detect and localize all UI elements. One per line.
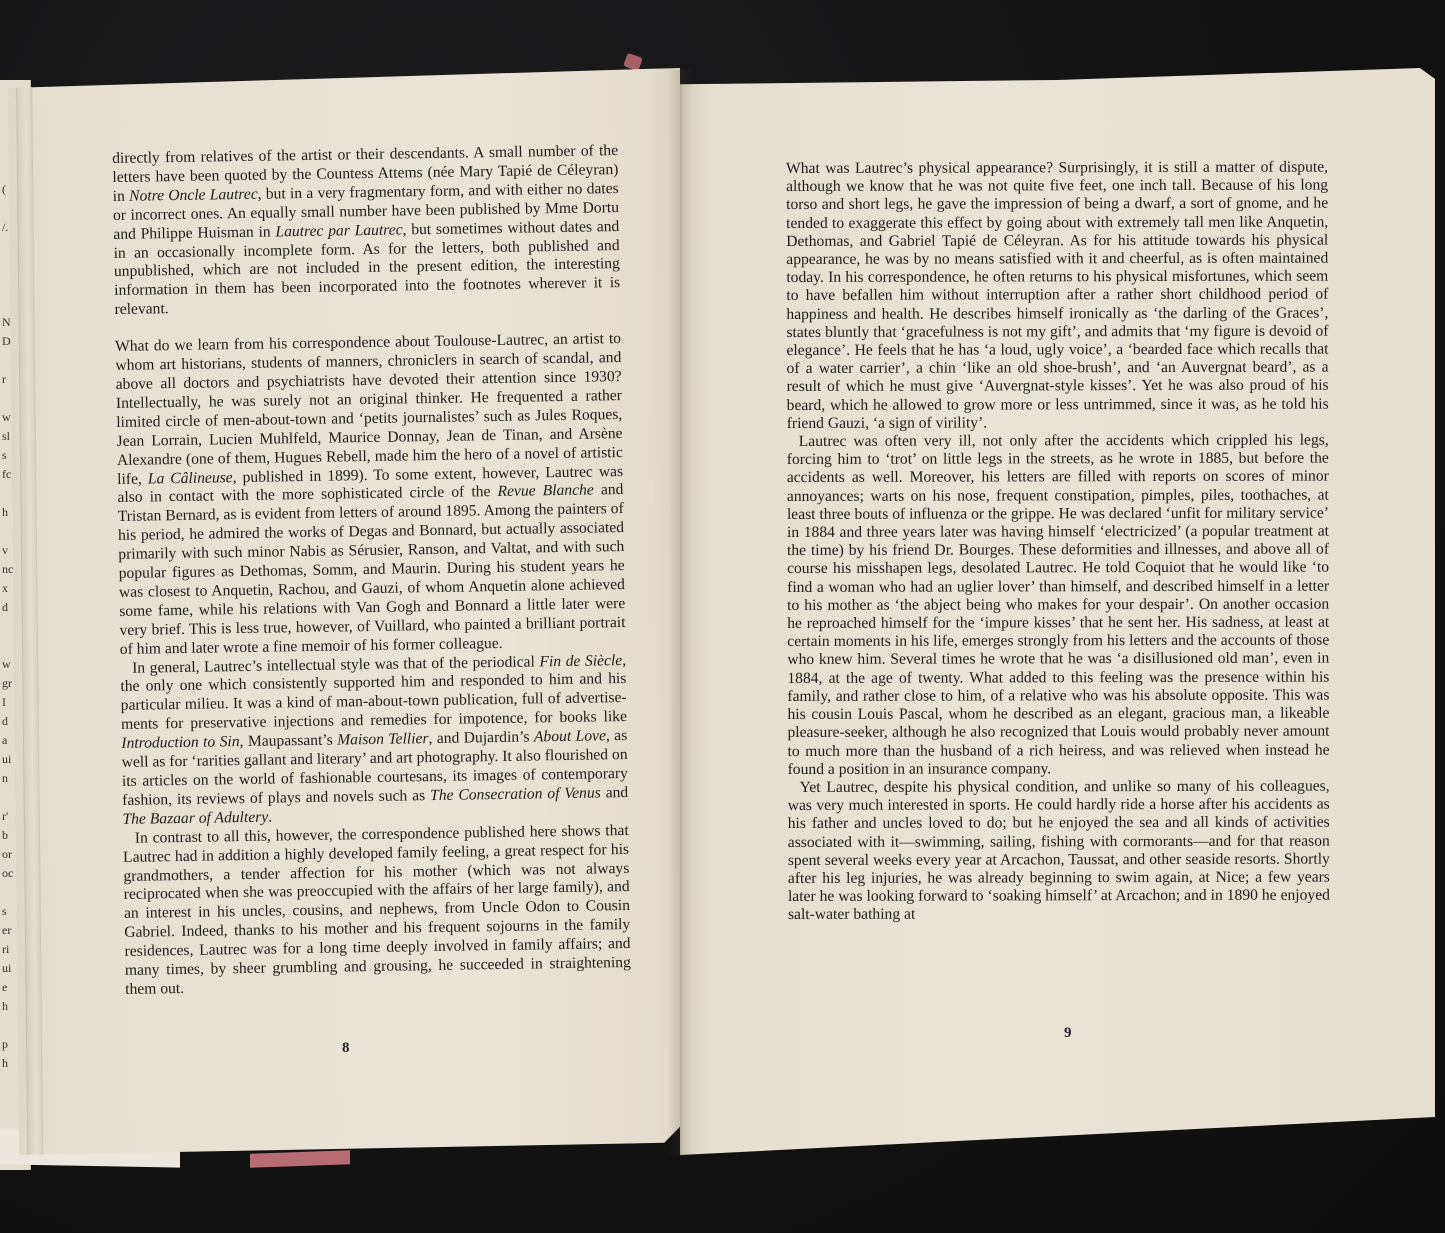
italic-title: Introduction to Sin xyxy=(121,733,240,752)
paragraph: What do we learn from his correspondence… xyxy=(115,330,626,659)
paragraph: What was Lautrec’s physical appearance? … xyxy=(786,159,1329,433)
paragraph: In general, Lautrec’s intellectual style… xyxy=(120,652,629,830)
left-page-body: directly from relatives of the artist or… xyxy=(112,142,631,1000)
text-run: What was Lautrec’s physical appearance? … xyxy=(786,159,1329,432)
text-run: In contrast to all this, however, the co… xyxy=(123,822,631,998)
italic-title: The Bazaar of Adultery xyxy=(122,808,268,827)
paragraph: In contrast to all this, however, the co… xyxy=(123,822,632,1000)
italic-title: Notre Oncle Lautrec xyxy=(129,186,258,205)
paragraph: Yet Lautrec, despite his physical condit… xyxy=(788,777,1330,924)
italic-title: Lautrec par Lautrec xyxy=(275,221,402,240)
text-run: and Tristan Bernard, as is evident from … xyxy=(118,481,626,657)
text-run: Yet Lautrec, despite his physical condit… xyxy=(788,777,1330,923)
italic-title: Maison Tellier xyxy=(337,730,429,748)
paragraph: directly from relatives of the artist or… xyxy=(112,142,621,320)
book-cover-corner xyxy=(623,53,643,72)
paragraph: Lautrec was often very ill, not only aft… xyxy=(787,432,1330,779)
italic-title: La Câlineuse xyxy=(148,469,233,487)
text-run: , and Dujardin’s xyxy=(428,729,534,748)
text-run: Lautrec was often very ill, not only aft… xyxy=(787,432,1330,778)
text-run: , Maupassant’s xyxy=(239,732,337,751)
page-number-right: 9 xyxy=(1064,1025,1072,1042)
italic-title: Fin de Siècle xyxy=(539,652,622,670)
text-run: and xyxy=(601,784,629,801)
page-number-left: 8 xyxy=(342,1040,350,1057)
italic-title: The Consecration of Venus xyxy=(430,784,601,804)
italic-title: Revue Blanche xyxy=(497,482,594,501)
left-page-binding-edge xyxy=(16,75,43,1155)
text-run: . xyxy=(268,808,272,825)
italic-title: About Love xyxy=(534,728,606,746)
book-cover-edge xyxy=(250,1150,350,1167)
right-page-body: What was Lautrec’s physical appearance? … xyxy=(786,159,1330,925)
